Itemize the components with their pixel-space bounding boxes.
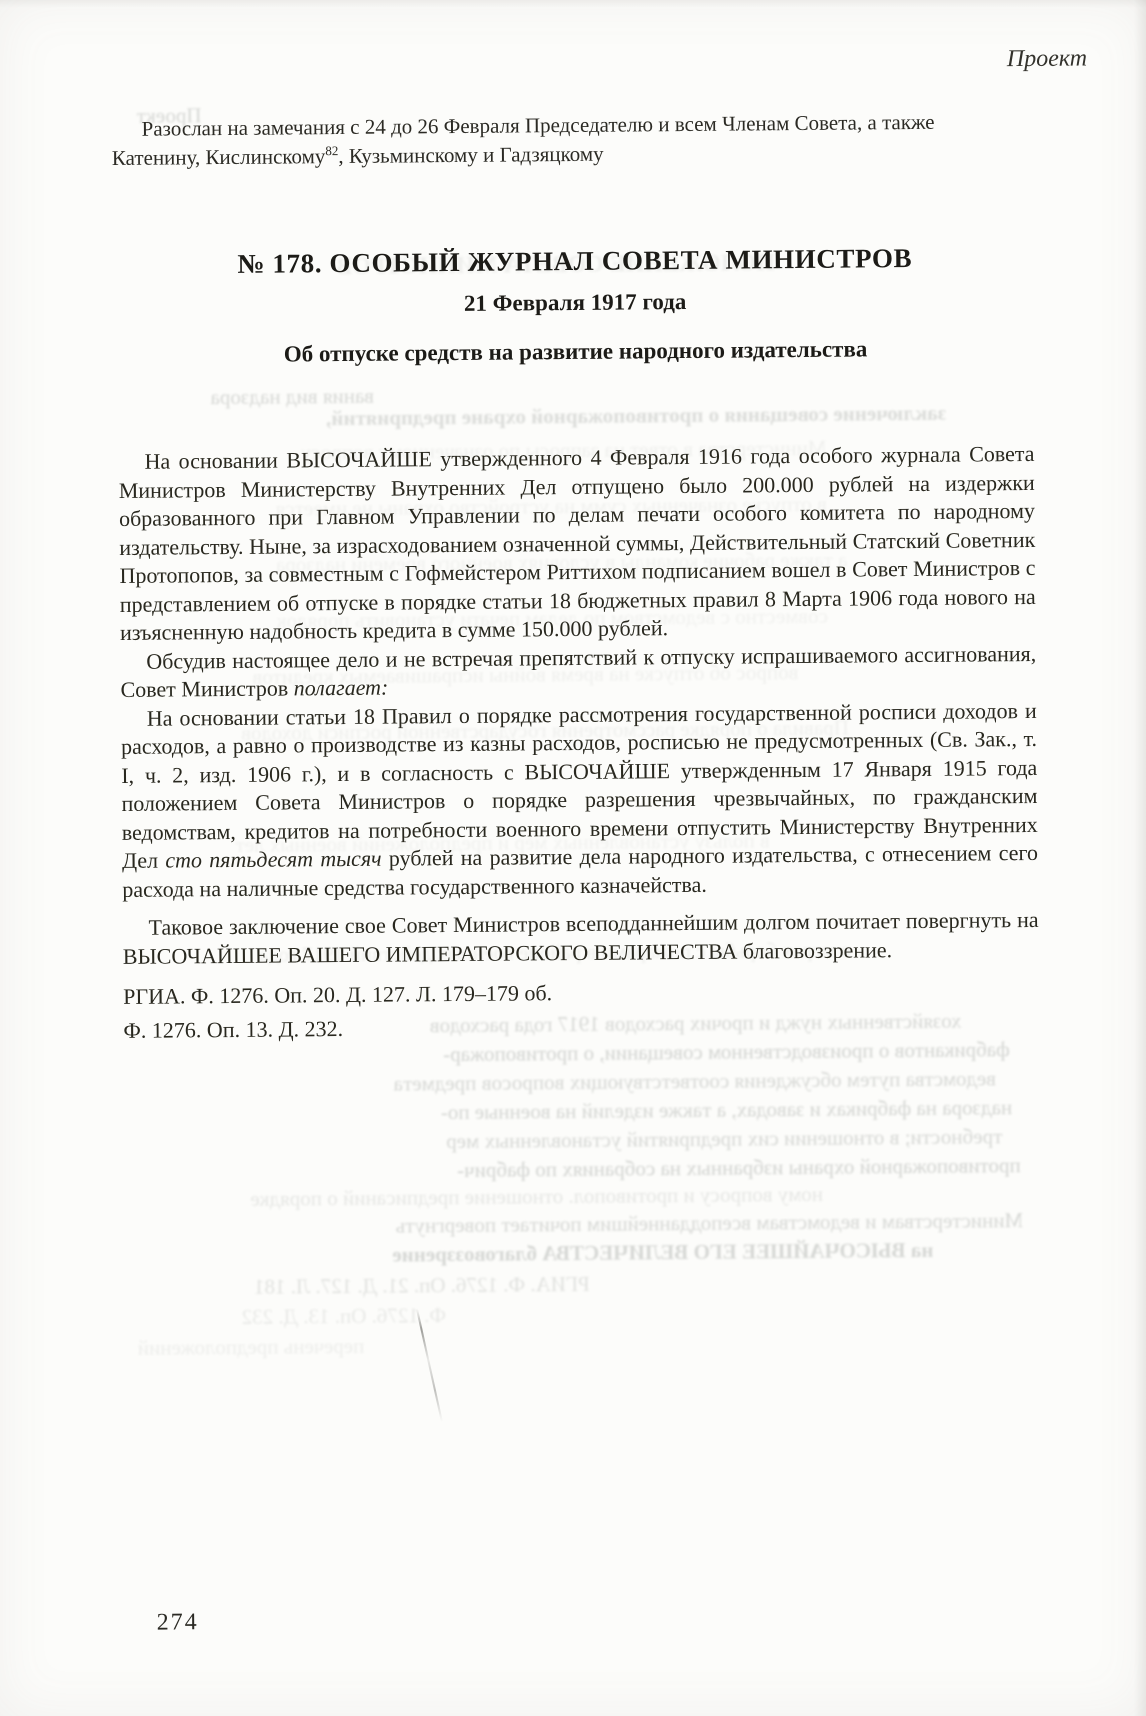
bleedthrough-line: Министерствам и ведомствам всеподданнейш… <box>123 1208 1023 1241</box>
bleedthrough-line: перечень предположений <box>84 1334 364 1361</box>
bleedthrough-line: ному вопросу и противопол. отношение пре… <box>183 1182 823 1213</box>
paragraph-2-italic: полагает: <box>294 675 389 701</box>
scratch-mark <box>416 1308 443 1422</box>
bleedthrough-line: заключение совещания о противопожарной о… <box>226 401 946 432</box>
scan-edge-shadow <box>1134 0 1146 1716</box>
bleedthrough-line: на ВЫСОЧАЙШЕЕ ЕГО ВЕЛИЧЕСТВА благовоззре… <box>133 1238 933 1270</box>
body-paragraph-4: Таковое заключение свое Совет Министров … <box>122 906 1038 971</box>
document-body: На основании ВЫСОЧАЙШЕ утвержденного 4 Ф… <box>118 440 1039 1048</box>
scan-content: Проект ПОЛОЖЕНИЕ СОВЕТА МИНИСТРОВ вания … <box>0 0 1146 1716</box>
footnote-ref: 82 <box>325 143 338 158</box>
bleedthrough-line: противопожарной охраны избранных на собр… <box>121 1153 1021 1186</box>
bleedthrough-line: ведомства путем обсуждения соответствующ… <box>126 1066 996 1099</box>
bleedthrough-line: надзора на фабриках и заводах, а также и… <box>122 1095 1012 1128</box>
archive-reference-line-2: Ф. 1276. Оп. 13. Д. 232. <box>123 1006 1039 1048</box>
page-scan: Проект ПОЛОЖЕНИЕ СОВЕТА МИНИСТРОВ вания … <box>0 0 1146 1716</box>
body-paragraph-3: На основании статьи 18 Правил о порядке … <box>121 696 1039 903</box>
journal-title: № 178. ОСОБЫЙ ЖУРНАЛ СОВЕТА МИНИСТРОВ <box>117 242 1033 281</box>
paragraph-2-text: Обсудив настоящее дело и не встречая пре… <box>120 640 1036 701</box>
body-paragraph-1: На основании ВЫСОЧАЙШЕ утвержденного 4 Ф… <box>118 440 1036 647</box>
body-paragraph-2: Обсудив настоящее дело и не встречая пре… <box>120 639 1036 704</box>
distribution-note: Разослан на замечания с 24 до 26 Февраля… <box>111 107 1007 172</box>
proekt-label: Проект <box>1007 45 1087 73</box>
bleedthrough-line: требности; в отношении сих предприятий у… <box>122 1124 1002 1157</box>
journal-date: 21 Февраля 1917 года <box>117 286 1033 320</box>
scan-edge-shadow-top <box>0 0 1146 8</box>
bleedthrough-line: вания вид надзора <box>134 384 374 411</box>
bleedthrough-line: РГИА. Ф. 1276. Оп. 21. Д. 127. Л. 181 <box>90 1272 590 1301</box>
archive-reference: РГИА. Ф. 1276. Оп. 20. Д. 127. Л. 179–17… <box>123 972 1040 1048</box>
page-number: 274 <box>157 1609 199 1636</box>
title-block: № 178. ОСОБЫЙ ЖУРНАЛ СОВЕТА МИНИСТРОВ 21… <box>117 242 1034 369</box>
distribution-note-tail: , Кузьминскому и Гадзяцкому <box>338 141 603 167</box>
paragraph-3-italic: сто пятьдесят тысяч <box>165 846 382 873</box>
bleedthrough-line: Ф. 1276. Оп. 13. Д. 232 <box>86 1303 446 1331</box>
journal-subject: Об отпуске средств на развитие народного… <box>117 335 1033 369</box>
